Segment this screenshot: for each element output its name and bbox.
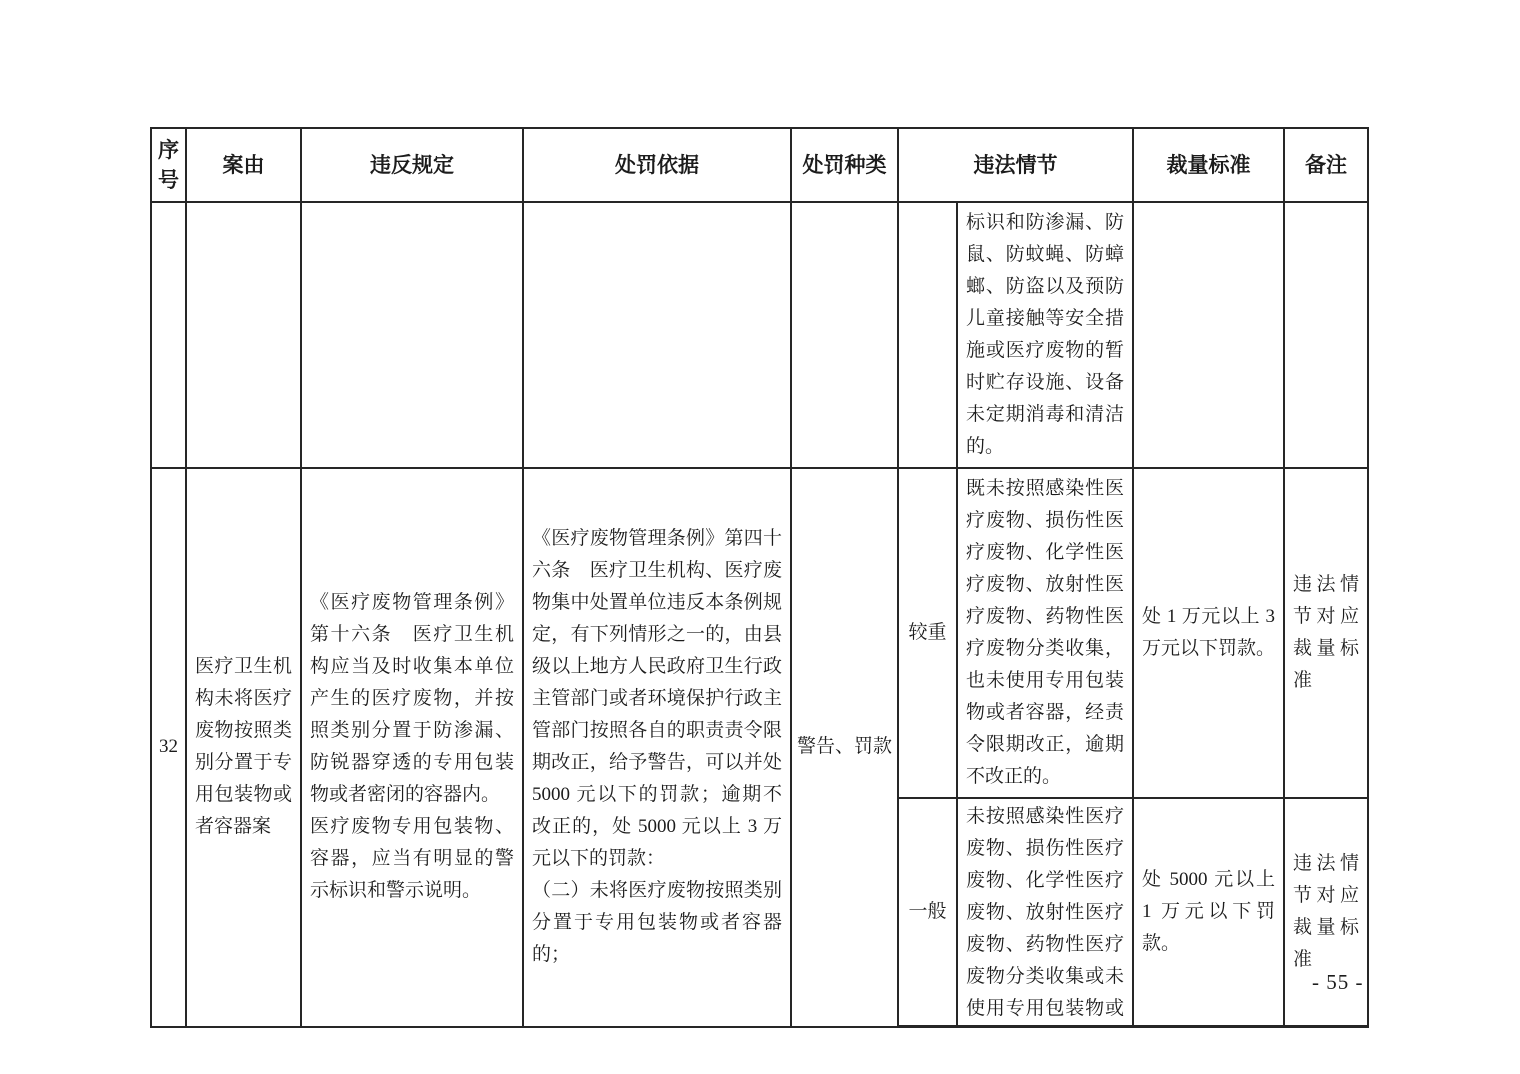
cell-basis: 《医疗废物管理条例》第四十六条 医疗卫生机构、医疗废物集中处置单位违反本条例规定… xyxy=(523,468,791,1027)
header-cause: 案由 xyxy=(186,128,301,202)
cell-regulation: 《医疗废物管理条例》第十六条 医疗卫生机构应当及时收集本单位产生的医疗废物，并按… xyxy=(301,468,523,1027)
cell-basis xyxy=(523,202,791,468)
cell-standard: 处 5000 元以上 1 万元以下罚款。 xyxy=(1133,798,1284,1027)
header-standard: 裁量标准 xyxy=(1133,128,1284,202)
cell-circumstance: 既未按照感染性医疗废物、损伤性医疗废物、化学性医疗废物、放射性医疗废物、药物性医… xyxy=(957,468,1133,798)
table-header-row: 序号 案由 违反规定 处罚依据 处罚种类 违法情节 裁量标准 备注 xyxy=(151,128,1368,202)
cell-penalty-type xyxy=(791,202,898,468)
header-basis: 处罚依据 xyxy=(523,128,791,202)
cell-cause: 医疗卫生机构未将医疗废物按照类别分置于专用包装物或者容器案 xyxy=(186,468,301,1027)
header-penalty-type: 处罚种类 xyxy=(791,128,898,202)
cell-severity xyxy=(898,202,957,468)
cell-severity: 较重 xyxy=(898,468,957,798)
cell-standard xyxy=(1133,202,1284,468)
circumstance-clipped-text: 未按照感染性医疗废物、损伤性医疗废物、化学性医疗废物、放射性医疗废物、药物性医疗… xyxy=(958,799,1132,1025)
cell-penalty-type: 警告、罚款 xyxy=(791,468,898,1027)
header-circumstances: 违法情节 xyxy=(898,128,1133,202)
cell-severity: 一般 xyxy=(898,798,957,1027)
cell-circumstance: 未按照感染性医疗废物、损伤性医疗废物、化学性医疗废物、放射性医疗废物、药物性医疗… xyxy=(957,798,1133,1027)
cell-remark xyxy=(1284,202,1368,468)
cell-serial xyxy=(151,202,186,468)
cell-standard: 处 1 万元以上 3 万元以下罚款。 xyxy=(1133,468,1284,798)
table-row-continuation: 标识和防渗漏、防鼠、防蚊蝇、防蟑螂、防盗以及预防儿童接触等安全措施或医疗废物的暂… xyxy=(151,202,1368,468)
header-regulation: 违反规定 xyxy=(301,128,523,202)
cell-circumstance: 标识和防渗漏、防鼠、防蚊蝇、防蟑螂、防盗以及预防儿童接触等安全措施或医疗废物的暂… xyxy=(957,202,1133,468)
table-row-32-severe: 32 医疗卫生机构未将医疗废物按照类别分置于专用包装物或者容器案 《医疗废物管理… xyxy=(151,468,1368,798)
cell-remark: 违法情节对应裁量标准 xyxy=(1284,468,1368,798)
header-serial: 序号 xyxy=(151,128,186,202)
page-number: - 55 - xyxy=(1312,970,1364,995)
cell-regulation xyxy=(301,202,523,468)
header-remarks: 备注 xyxy=(1284,128,1368,202)
cell-cause xyxy=(186,202,301,468)
penalty-table: 序号 案由 违反规定 处罚依据 处罚种类 违法情节 裁量标准 备注 标识和防渗漏… xyxy=(150,127,1369,1028)
cell-serial: 32 xyxy=(151,468,186,1027)
document-page: { "page": { "number_label": "- 55 -" }, … xyxy=(0,0,1520,1074)
